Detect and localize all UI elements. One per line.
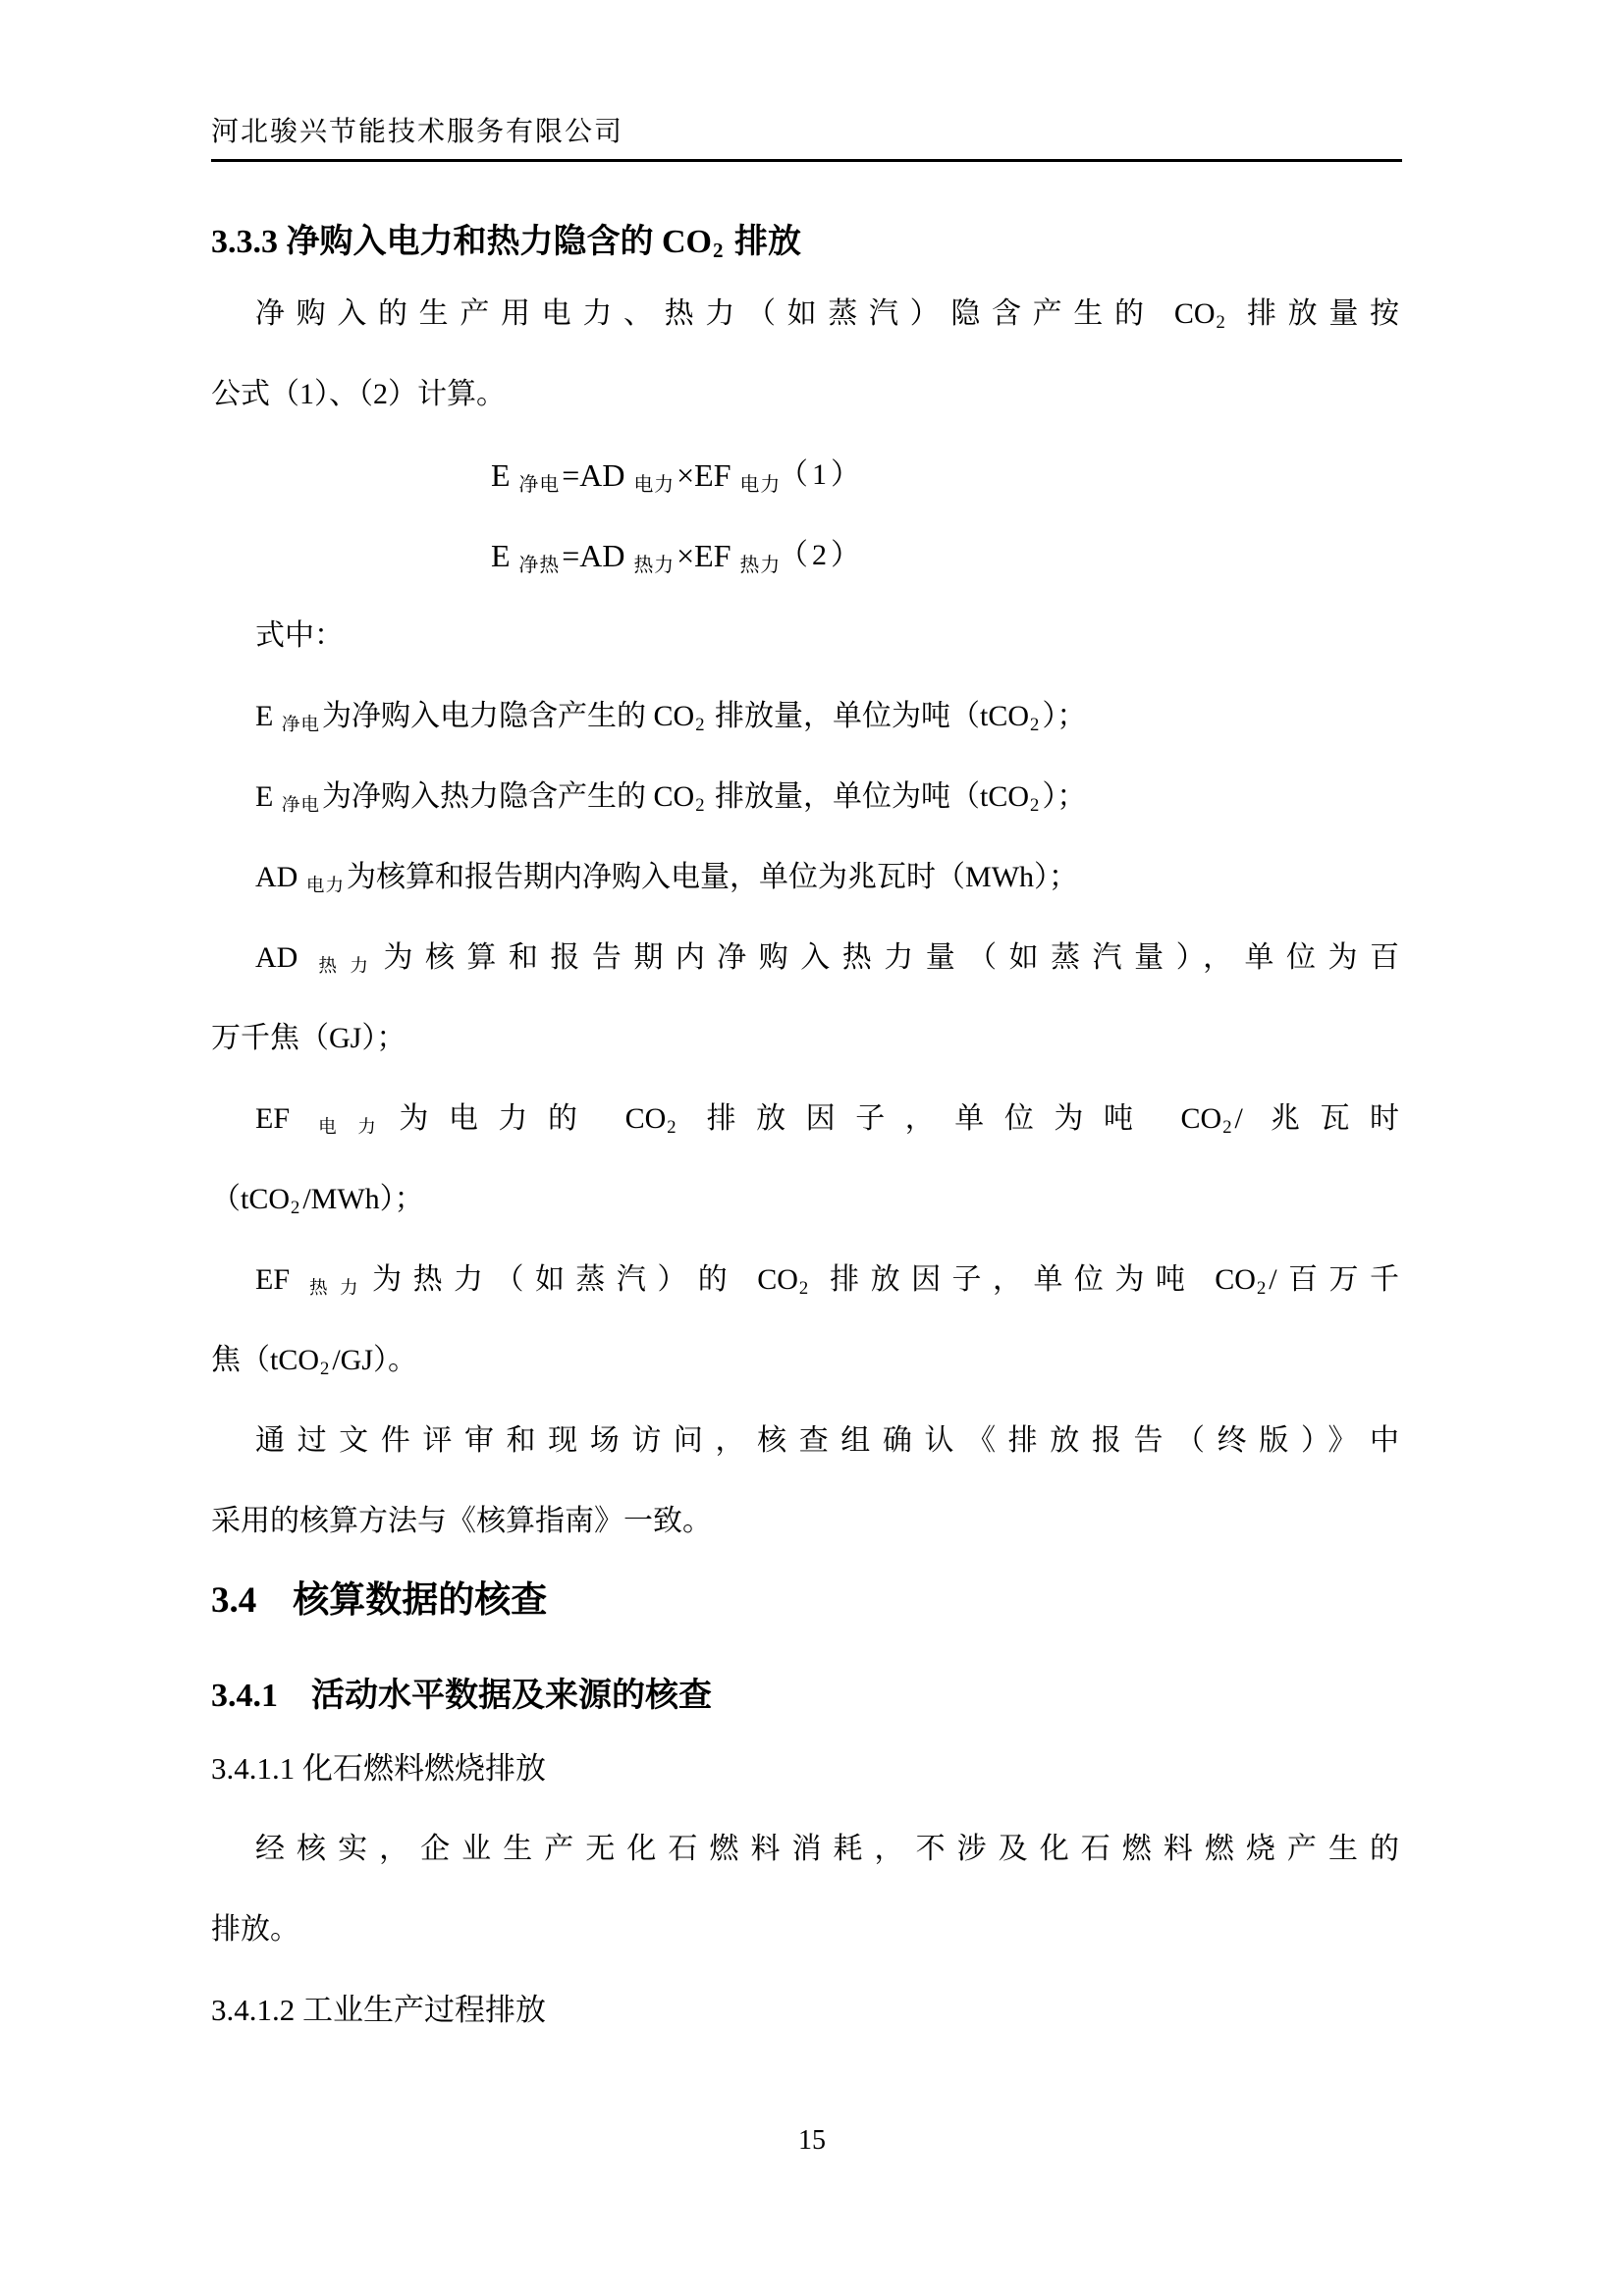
definition-e-heat: E 净电为净购入热力隐含产生的 CO2 排放量，单位为吨（tCO2）； [211, 757, 1399, 837]
text-segment: 排放量，单位为吨（tCO [708, 780, 1030, 813]
text-segment: / 兆瓦时 [1235, 1102, 1399, 1135]
formula-2-number: （2） [779, 515, 864, 596]
subscript: 热力 [318, 956, 381, 977]
text-segment: 净购入的生产用电力、热力（如蒸汽）隐含产生的 CO [255, 297, 1216, 330]
text-segment: /百万千 [1269, 1263, 1399, 1296]
text-segment: E [491, 457, 518, 493]
text-segment: EF [255, 1102, 317, 1135]
conclusion-line-1: 通过文件评审和现场访问，核查组确认《排放报告（终版）》中 [211, 1401, 1399, 1481]
company-name: 河北骏兴节能技术服务有限公司 [211, 116, 1402, 162]
text-segment: ）； [1042, 780, 1086, 813]
text-segment: /GJ）。 [332, 1344, 417, 1376]
subscript: 净电 [282, 795, 320, 816]
subscript: 2 [1217, 312, 1226, 333]
heading-3-4: 3.4 核算数据的核查 [211, 1574, 1399, 1629]
text-segment: E [491, 538, 518, 573]
definition-e-electricity: E 净电为净购入电力隐含产生的 CO2 排放量，单位为吨（tCO2）； [211, 676, 1399, 757]
formula-2-body: E 净热=AD 热力×EF 热力 [491, 515, 783, 596]
text-segment: 排放因子，单位为吨 CO [679, 1102, 1222, 1135]
subscript: 热力 [633, 555, 675, 576]
definition-ad-heat-line-2: 万千焦（GJ）； [211, 998, 1399, 1079]
text-segment: 排放 [727, 224, 802, 260]
page-number: 15 [0, 2121, 1624, 2161]
text-segment: 为核算和报告期内净购入热力量（如蒸汽量），单位为百 [383, 941, 1399, 974]
definition-ad-heat-line-1: AD 热力为核算和报告期内净购入热力量（如蒸汽量），单位为百 [211, 918, 1399, 998]
definition-ef-heat-line-2: 焦（tCO2/GJ）。 [211, 1320, 1399, 1401]
text-segment: ×EF [677, 538, 738, 573]
text-segment: 排放。 [211, 1913, 299, 1946]
text-segment: 通过文件评审和现场访问，核查组确认《排放报告（终版）》中 [255, 1424, 1399, 1457]
text-segment: 为电力的 CO [399, 1102, 666, 1135]
formula-2: E 净热=AD 热力×EF 热力 （2） [211, 515, 1399, 596]
subscript: 电力 [306, 876, 345, 896]
subscript: 2 [695, 795, 705, 816]
text-segment: AD [255, 941, 317, 974]
text-segment: AD [255, 861, 305, 893]
text-segment: 排放量，单位为吨（tCO [708, 700, 1030, 732]
fossil-fuel-line-1: 经核实，企业生产无化石燃料消耗，不涉及化石燃料燃烧产生的 [211, 1809, 1399, 1890]
text-segment: 为净购入热力隐含产生的 CO [322, 780, 694, 813]
conclusion-line-2: 采用的核算方法与《核算指南》一致。 [211, 1481, 1399, 1562]
definition-ef-heat-line-1: EF 热力为热力（如蒸汽）的 CO2 排放因子，单位为吨 CO2/百万千 [211, 1240, 1399, 1320]
text-segment: ×EF [677, 457, 738, 493]
text-segment: ）； [1042, 700, 1086, 732]
page-header: 河北骏兴节能技术服务有限公司 [0, 0, 1624, 162]
text-segment: （tCO [211, 1183, 290, 1215]
text-segment: 式中： [255, 619, 344, 652]
subscript: 热力 [740, 555, 782, 576]
fossil-fuel-line-2: 排放。 [211, 1890, 1399, 1970]
subscript: 2 [667, 1117, 677, 1138]
subscript: 2 [320, 1359, 330, 1379]
text-segment: 为热力（如蒸汽）的 CO [372, 1263, 798, 1296]
subscript: 净电 [519, 474, 561, 496]
subscript: 2 [1257, 1278, 1267, 1299]
text-segment: 经核实，企业生产无化石燃料消耗，不涉及化石燃料燃烧产生的 [255, 1833, 1399, 1865]
page-content: 3.3.3 净购入电力和热力隐含的 CO2 排放 净购入的生产用电力、热力（如蒸… [211, 217, 1399, 2051]
text-segment: =AD [562, 538, 632, 573]
document-page: 河北骏兴节能技术服务有限公司 3.3.3 净购入电力和热力隐含的 CO2 排放 … [0, 0, 1624, 2296]
formula-1: E 净电=AD 电力×EF 电力 （1） [211, 435, 1399, 515]
text-segment: 万千焦（GJ）； [211, 1022, 406, 1054]
text-segment: E [255, 700, 281, 732]
subscript: 2 [799, 1278, 809, 1299]
text-segment: =AD [562, 457, 632, 493]
text-segment: 为净购入电力隐含产生的 CO [322, 700, 694, 732]
text-segment: 3.3.3 净购入电力和热力隐含的 CO [211, 224, 712, 260]
subscript: 电力 [740, 474, 782, 496]
definition-ef-electricity-line-1: EF 电力为电力的 CO2 排放因子，单位为吨 CO2/ 兆瓦时 [211, 1079, 1399, 1159]
text-segment: 为核算和报告期内净购入电量，单位为兆瓦时（MWh）； [347, 861, 1078, 893]
where-label: 式中： [211, 596, 1399, 676]
formula-1-body: E 净电=AD 电力×EF 电力 [491, 435, 783, 515]
subscript: 2 [1030, 795, 1040, 816]
text-segment: 排放量按 [1228, 297, 1399, 330]
subscript: 2 [1030, 715, 1040, 735]
subscript: 2 [713, 239, 725, 262]
subscript: 热力 [309, 1278, 370, 1299]
text-segment: 排放因子，单位为吨 CO [811, 1263, 1256, 1296]
heading-3-3-3: 3.3.3 净购入电力和热力隐含的 CO2 排放 [211, 217, 1399, 268]
text-segment: /MWh）； [302, 1183, 423, 1215]
intro-line-2: 公式（1）、（2）计算。 [211, 354, 1399, 435]
text-segment: E [255, 780, 281, 813]
definition-ad-electricity: AD 电力为核算和报告期内净购入电量，单位为兆瓦时（MWh）； [211, 837, 1399, 918]
text-segment: EF [255, 1263, 308, 1296]
subscript: 2 [291, 1198, 300, 1218]
heading-3-4-1: 3.4.1 活动水平数据及来源的核查 [211, 1670, 1399, 1723]
subscript: 净热 [519, 555, 561, 576]
heading-3-4-1-2: 3.4.1.2 工业生产过程排放 [211, 1970, 1399, 2051]
text-segment: 采用的核算方法与《核算指南》一致。 [211, 1505, 712, 1537]
subscript: 电力 [633, 474, 675, 496]
definition-ef-electricity-line-2: （tCO2/MWh）； [211, 1159, 1399, 1240]
subscript: 2 [695, 715, 705, 735]
text-segment: 公式（1）、（2）计算。 [211, 378, 506, 410]
formula-1-number: （1） [779, 435, 864, 515]
subscript: 电力 [318, 1117, 397, 1138]
subscript: 净电 [282, 715, 320, 735]
text-segment: 焦（tCO [211, 1344, 319, 1376]
subscript: 2 [1222, 1117, 1232, 1138]
intro-line-1: 净购入的生产用电力、热力（如蒸汽）隐含产生的 CO2 排放量按 [211, 274, 1399, 354]
heading-3-4-1-1: 3.4.1.1 化石燃料燃烧排放 [211, 1729, 1399, 1809]
